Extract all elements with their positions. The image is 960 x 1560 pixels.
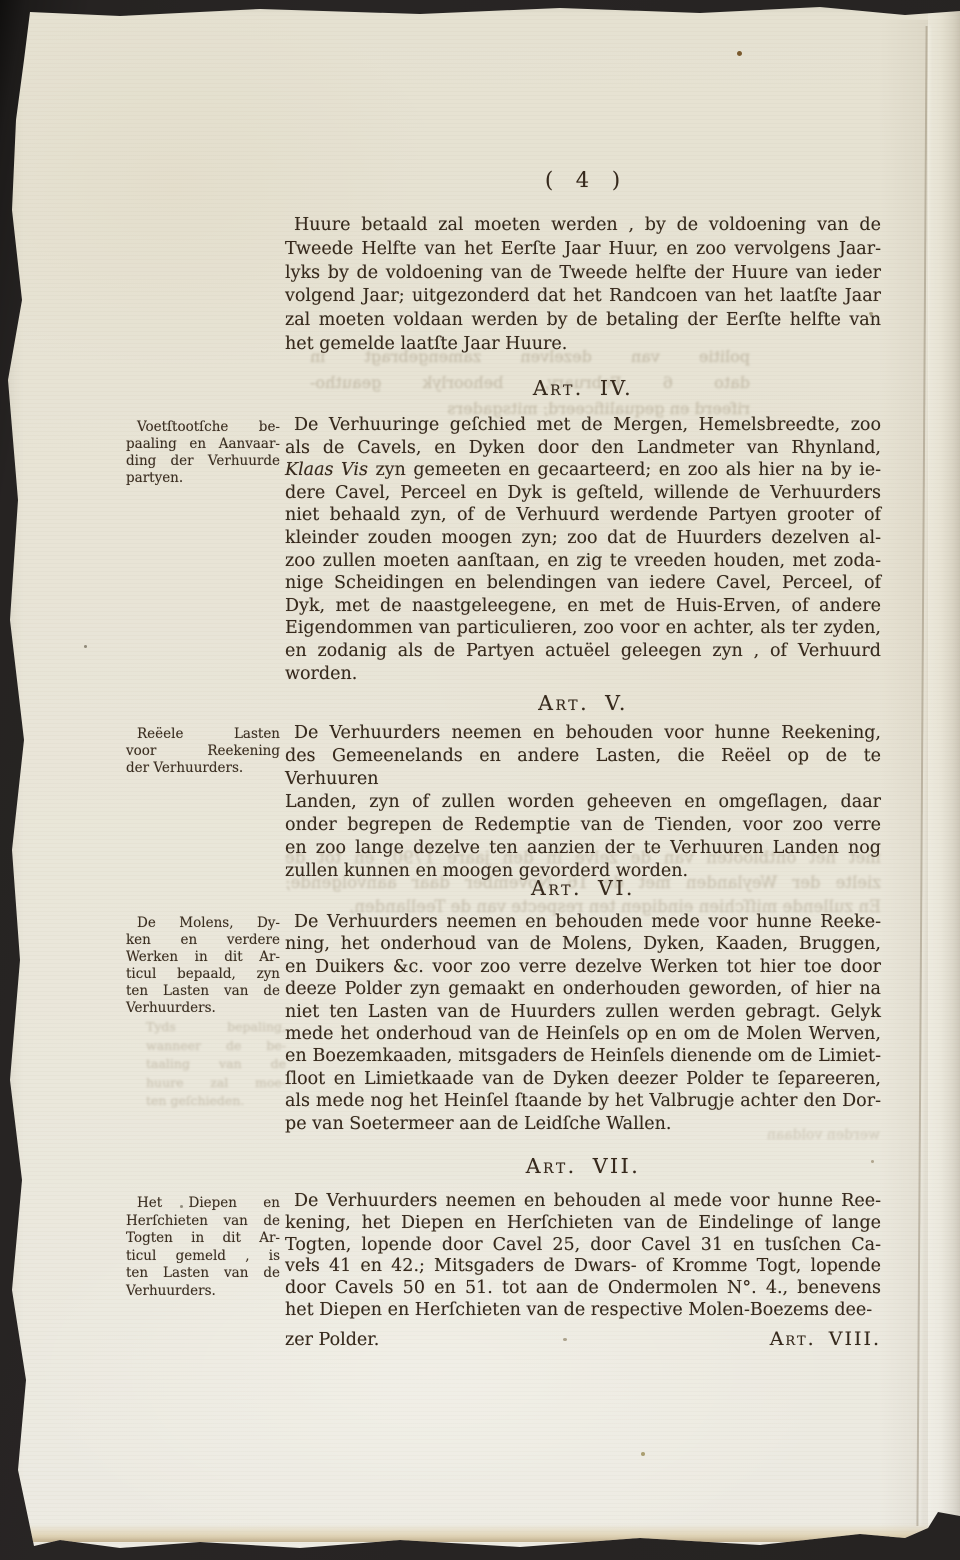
article-body-vii: De Verhuurders neemen en behouden al med… <box>285 1191 881 1322</box>
text-line: nige Scheidingen en belendingen van iede… <box>285 572 881 595</box>
text-line: ken en verdere <box>126 932 280 949</box>
text-line: en Duikers &c. voor zoo verre dezelve We… <box>285 956 881 978</box>
text-line: lyks by de voldoening van de Tweede helf… <box>285 262 881 286</box>
text-line: Tyds bepaling, <box>146 1018 286 1037</box>
paper-speck <box>869 312 873 315</box>
text-line: Dyk, met de naastgeleegene, en met de Hu… <box>285 595 881 618</box>
intro-paragraph: Huure betaald zal moeten werden , by de … <box>285 214 881 357</box>
margin-note-iv: Voetſtootſche be-paaling en Aanvaar-ding… <box>126 419 280 487</box>
text-line: kleinder zouden moogen zyn; zoo dat de H… <box>285 527 881 550</box>
article-vii-last-line: zer Polder. Art. VIII. <box>285 1328 881 1350</box>
text-line: volgend Jaar; uitgezonderd dat het Randc… <box>285 285 881 309</box>
text-line: Klaas Vis zyn gemeeten en gecaarteerd; e… <box>285 459 881 482</box>
text-line: De Verhuurders neemen en behouden mede v… <box>285 911 881 933</box>
text-line: dere Cavel, Perceel en Dyk is geſteld, w… <box>285 482 881 505</box>
page-curl-shading <box>928 10 960 1546</box>
text-line: pe van Soetermeer aan de Leidſche Wallen… <box>285 1113 881 1135</box>
text-line: ning, het onderhoud van de Molens, Dyken… <box>285 933 881 955</box>
margin-note-vi: De Molens, Dy-ken en verdereWerken in di… <box>126 915 280 1017</box>
text-line: huure zal moe- <box>146 1074 286 1093</box>
text-line: des Gemeenelands en andere Lasten, die R… <box>285 745 881 791</box>
paper-speck <box>84 645 87 648</box>
text-line: ten Lasten van de <box>126 1265 280 1283</box>
text-line: taaling van de <box>146 1055 286 1074</box>
text-line: ſloot en Limietkaade van de Dyken deezer… <box>285 1068 881 1090</box>
text-line: zoo zullen moeten aanſtaan, en zig te vr… <box>285 550 881 573</box>
text-line: en zodanig als de Partyen actuëel geleeg… <box>285 640 881 663</box>
text-line: Landen, zyn of zullen worden geheeven en… <box>285 791 881 814</box>
text-line: Werken in dit Ar- <box>126 949 280 966</box>
text-line: De Verhuuringe geſchied met de Mergen, H… <box>285 414 881 437</box>
paper-speck <box>641 1452 645 1456</box>
page-number: ( 4 ) <box>285 168 881 192</box>
scanner-background: { "colors": { "background": "#262322", "… <box>0 0 960 1560</box>
text-line: Togten in dit Ar- <box>126 1230 280 1248</box>
article-heading-v: Art. V. <box>285 691 881 715</box>
text-line: en zoo lange dezelve ten aanzien der te … <box>285 837 881 860</box>
paper-speck <box>309 1262 311 1264</box>
article-body-vi: De Verhuurders neemen en behouden mede v… <box>285 911 881 1135</box>
article-heading-vi: Art. VI. <box>285 876 881 900</box>
text-line: Reëele Lasten <box>126 726 280 743</box>
text-line: ten geſchieden. <box>146 1092 286 1111</box>
paper-speck <box>180 1205 183 1208</box>
text-line: Huure betaald zal moeten werden , by de … <box>285 214 881 238</box>
text-line: Voetſtootſche be- <box>126 419 280 436</box>
text-line: als de Cavels, en Dyken door den Landmet… <box>285 437 881 460</box>
text-line: Togten, lopende door Cavel 25, door Cave… <box>285 1235 881 1257</box>
text-line: Eigendommen van particulieren, zoo voor … <box>285 617 881 640</box>
text-line: De Molens, Dy- <box>126 915 280 932</box>
show-through-text: Tyds bepaling,wanneer de be-taaling van … <box>146 1018 286 1111</box>
article-heading-vii: Art. VII. <box>285 1154 881 1178</box>
text-line: voor Reekening <box>126 743 280 760</box>
scanned-page: politie van dezelven zamengebragt indato… <box>0 0 960 1560</box>
text-line: kening, het Diepen en Herſchieten van de… <box>285 1213 881 1235</box>
text-line: Verhuurders. <box>126 1000 280 1017</box>
text-line: deeze Polder zyn gemaakt en onderhouden … <box>285 978 881 1000</box>
text-line: en Boezemkaaden, mitsgaders de Heinſels … <box>285 1045 881 1067</box>
text-line: Tweede Helfte van het Eerſte Jaar Huur, … <box>285 238 881 262</box>
text-line: Verhuurders. <box>126 1283 280 1301</box>
text-line: ticul gemeld , is <box>126 1248 280 1266</box>
article-body-iv: De Verhuuringe geſchied met de Mergen, H… <box>285 414 881 685</box>
paper-speck <box>737 51 742 56</box>
text-line: niet ten Lasten van de Huurders zullen w… <box>285 1001 881 1023</box>
text-line: De Verhuurders neemen en behouden voor h… <box>285 722 881 745</box>
text-line: onder begrepen de Redemptie van de Tiend… <box>285 814 881 837</box>
text-line: paaling en Aanvaar- <box>126 436 280 453</box>
catchword-next-article: Art. VIII. <box>770 1328 881 1350</box>
text-line: niet behaald zyn, of de Verhuurd werdend… <box>285 504 881 527</box>
paper-speck <box>563 1338 567 1341</box>
text-line: ten Lasten van de <box>126 983 280 1000</box>
text-line: mede het onderhoud van de Heinſels op en… <box>285 1023 881 1045</box>
text-line: worden. <box>285 663 881 686</box>
text-line: vels 41 en 42.; Mitsgaders de Dwars- of … <box>285 1256 881 1278</box>
text-line: het Diepen en Herſchieten van de respect… <box>285 1300 881 1322</box>
text-line: wanneer de be- <box>146 1037 286 1056</box>
margin-note-vii: Het Diepen enHerſchieten van deTogten in… <box>126 1195 280 1300</box>
text-line: door Cavels 50 en 51. tot aan de Ondermo… <box>285 1278 881 1300</box>
text-line: het gemelde laatſte Jaar Huure. <box>285 333 881 357</box>
text-line: De Verhuurders neemen en behouden al med… <box>285 1191 881 1213</box>
body-text: zer Polder. <box>285 1330 379 1350</box>
text-line: ticul bepaald, zyn <box>126 966 280 983</box>
text-line: der Verhuurders. <box>126 760 280 777</box>
text-line: zal moeten voldaan werden by de betaling… <box>285 309 881 333</box>
deckle-edge <box>28 1524 960 1542</box>
text-line: Het Diepen en <box>126 1195 280 1213</box>
text-line: ding der Verhuurde <box>126 453 280 470</box>
text-line: partyen. <box>126 470 280 487</box>
paper-speck <box>871 1160 874 1163</box>
margin-note-v: Reëele Lastenvoor Reekeningder Verhuurde… <box>126 726 280 777</box>
text-line: als mede nog het Heinſel ſtaande by het … <box>285 1090 881 1112</box>
article-body-v: De Verhuurders neemen en behouden voor h… <box>285 722 881 883</box>
text-line: Herſchieten van de <box>126 1213 280 1231</box>
article-heading-iv: Art. IV. <box>285 376 881 400</box>
